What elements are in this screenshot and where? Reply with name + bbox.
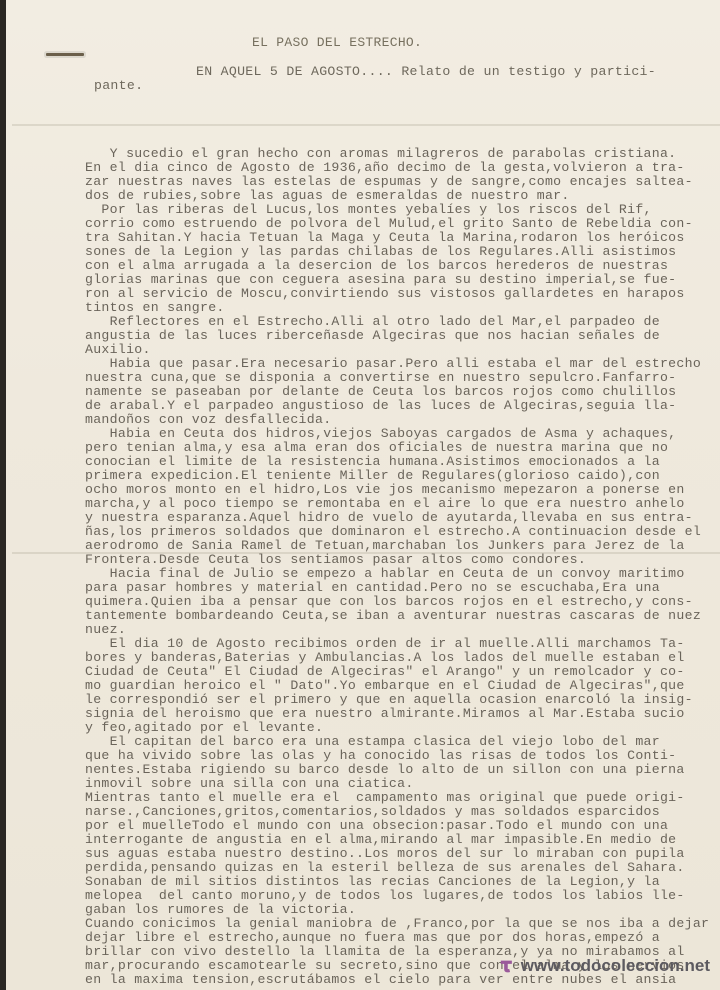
text-line: para pasar hombres y material en cantida…	[85, 581, 720, 595]
document-subtitle-continuation: pante.	[94, 78, 143, 93]
text-line: y nuestra esparanza.Aquel hidro de vuelo…	[85, 511, 720, 525]
text-line: inmovil sobre una silla con una ciatica.	[85, 777, 720, 791]
text-line: y feo,agitado por el levante.	[85, 721, 720, 735]
text-line: quimera.Quien iba a pensar que con los b…	[85, 595, 720, 609]
text-line: corrio como estruendo de polvora del Mul…	[85, 217, 720, 231]
text-line: con el alma arrugada a la desercion de l…	[85, 259, 720, 273]
text-line: pero tenian alma,y esa alma eran dos ofi…	[85, 441, 720, 455]
text-line: aerodromo de Sania Ramel de Tetuan,march…	[85, 539, 720, 553]
text-line: El capitan del barco era una estampa cla…	[85, 735, 720, 749]
text-line: Y sucedio el gran hecho con aromas milag…	[85, 147, 720, 161]
text-line: tintos en sangre.	[85, 301, 720, 315]
text-line: Sonaban de mil sitios distintos las reci…	[85, 875, 720, 889]
text-line: le correspondió ser el primero y que en …	[85, 693, 720, 707]
text-line: tantemente bombardeando Ceuta,se iban a …	[85, 609, 720, 623]
text-line: signia del heroismo que era nuestro almi…	[85, 707, 720, 721]
paper-fold	[12, 124, 720, 126]
text-line: Auxilio.	[85, 343, 720, 357]
text-line: primera expedicion.El teniente Miller de…	[85, 469, 720, 483]
todocoleccion-logo-icon: 𝛕	[501, 955, 517, 977]
document-title: EL PASO DEL ESTRECHO.	[252, 35, 422, 50]
text-line: angustia de las luces riberceñasde Algec…	[85, 329, 720, 343]
text-line: Mientras tanto el muelle era el campamen…	[85, 791, 720, 805]
text-line: En el dia cinco de Agosto de 1936,año de…	[85, 161, 720, 175]
document-body: Y sucedio el gran hecho con aromas milag…	[85, 147, 720, 987]
text-line: ñas,los primeros soldados que dominaron …	[85, 525, 720, 539]
text-line: glorias marinas que con ceguera asesina …	[85, 273, 720, 287]
text-line: nuestra cuna,que se disponia a convertir…	[85, 371, 720, 385]
text-line: El dia 10 de Agosto recibimos orden de i…	[85, 637, 720, 651]
text-line: Frontera.Desde Ceuta los sentiamos pasar…	[85, 553, 720, 567]
text-line: bores y banderas,Baterias y Ambulancias.…	[85, 651, 720, 665]
watermark-text: www.todocoleccion.net	[521, 956, 710, 976]
text-line: Cuando conicimos la genial maniobra de ,…	[85, 917, 720, 931]
text-line: por el muelleTodo el mundo con una obsec…	[85, 819, 720, 833]
text-line: Hacia final de Julio se empezo a hablar …	[85, 567, 720, 581]
text-line: dos de rubies,sobre las aguas de esmeral…	[85, 189, 720, 203]
text-line: mandoños con voz desfallecida.	[85, 413, 720, 427]
text-line: zar nuestras naves las estelas de espuma…	[85, 175, 720, 189]
text-line: marcha,y al poco tiempo se remontaba en …	[85, 497, 720, 511]
text-line: sones de la Legion y las pardas chilabas…	[85, 245, 720, 259]
text-line: melopea del canto moruno,y de todos los …	[85, 889, 720, 903]
text-line: Habia en Ceuta dos hidros,viejos Saboyas…	[85, 427, 720, 441]
text-line: conocian el limite de la resistencia hum…	[85, 455, 720, 469]
text-line: que ha vivido sobre las olas y ha conoci…	[85, 749, 720, 763]
staple-icon	[46, 53, 84, 56]
text-line: nuez.	[85, 623, 720, 637]
text-line: interrogante de angustia en el alma,mira…	[85, 833, 720, 847]
watermark: 𝛕 www.todocoleccion.net	[501, 955, 710, 977]
text-line: sus aguas estaba nuestro destino..Los mo…	[85, 847, 720, 861]
text-line: Por las riberas del Lucus,los montes yeb…	[85, 203, 720, 217]
text-line: de arabal.Y el parpadeo angustioso de la…	[85, 399, 720, 413]
text-line: Ciudad de Ceuta" El Ciudad de Algeciras"…	[85, 665, 720, 679]
text-line: ron al servicio de Moscu,convirtiendo su…	[85, 287, 720, 301]
text-line: nentes.Estaba rigiendo su barco desde lo…	[85, 763, 720, 777]
text-line: Habia que pasar.Era necesario pasar.Pero…	[85, 357, 720, 371]
text-line: mo guardian heroico el " Dato".Yo embarq…	[85, 679, 720, 693]
text-line: namente se paseaban por delante de Ceuta…	[85, 385, 720, 399]
text-line: ocho moros monto en el hidro,Los vie jos…	[85, 483, 720, 497]
text-line: tra Sahitan.Y hacia Tetuan la Maga y Ceu…	[85, 231, 720, 245]
text-line: Reflectores en el Estrecho.Alli al otro …	[85, 315, 720, 329]
text-line: gaban los rumores de la victoria.	[85, 903, 720, 917]
text-line: narse.,Canciones,gritos,comentarios,sold…	[85, 805, 720, 819]
text-line: dejar libre el estrecho,aunque no fuera …	[85, 931, 720, 945]
document-subtitle: EN AQUEL 5 DE AGOSTO.... Relato de un te…	[196, 64, 656, 79]
text-line: perdida,pensando quizas en la esteril be…	[85, 861, 720, 875]
